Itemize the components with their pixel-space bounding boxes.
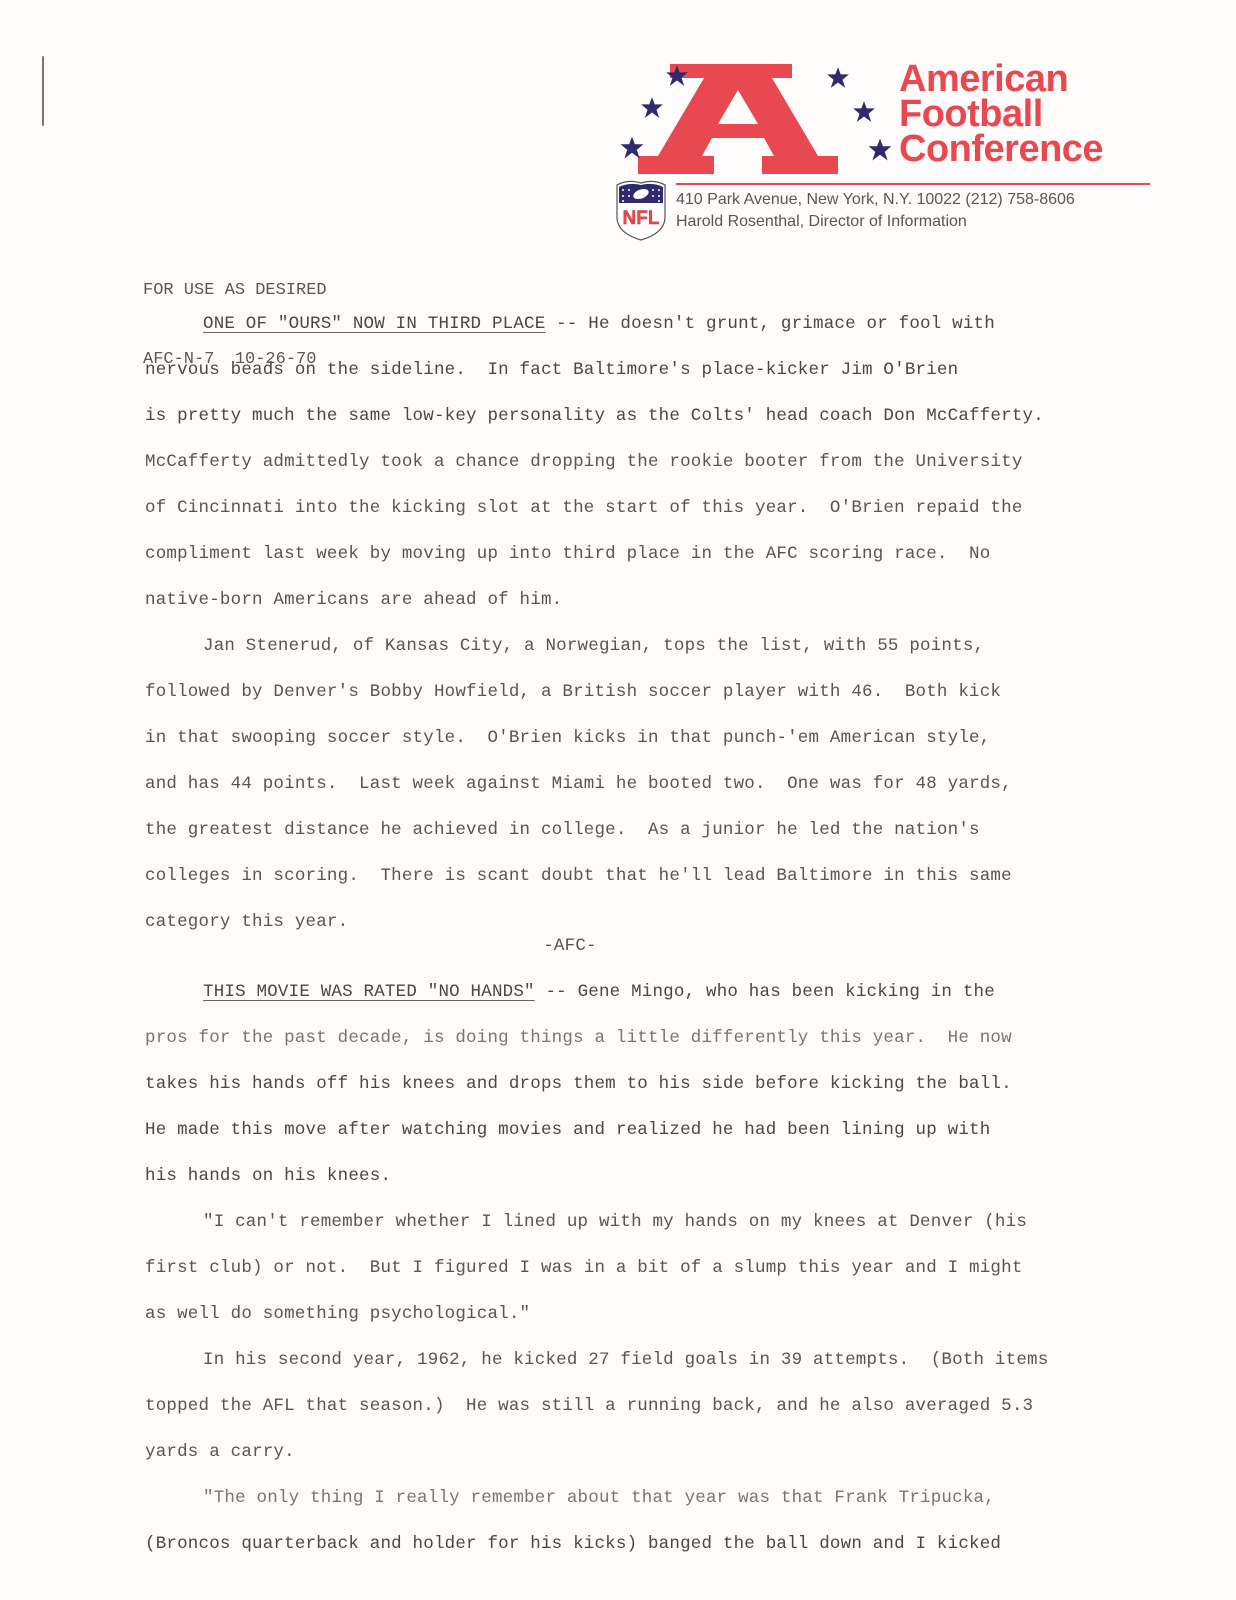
story-two: THIS MOVIE WAS RATED "NO HANDS" -- Gene …: [145, 979, 1125, 1577]
contact-line: Harold Rosenthal, Director of Informatio…: [676, 211, 1075, 233]
text-line: In his second year, 1962, he kicked 27 f…: [145, 1347, 1125, 1393]
text-line: McCafferty admittedly took a chance drop…: [145, 449, 1125, 495]
text-line: in that swooping soccer style. O'Brien k…: [145, 725, 1125, 771]
afc-star-a-logo-icon: [612, 56, 902, 186]
text-line: first club) or not. But I figured I was …: [145, 1255, 1125, 1301]
org-name-line-1: American: [899, 62, 1103, 97]
press-release-body: ONE OF "OURS" NOW IN THIRD PLACE -- He d…: [145, 311, 1125, 1577]
text-line: is pretty much the same low-key personal…: [145, 403, 1125, 449]
margin-pen-mark: [42, 56, 44, 126]
org-name-line-2: Football: [899, 97, 1103, 132]
text-line: followed by Denver's Bobby Howfield, a B…: [145, 679, 1125, 725]
org-name-line-3: Conference: [899, 132, 1103, 167]
svg-text:NFL: NFL: [623, 208, 660, 229]
address-line: 410 Park Avenue, New York, N.Y. 10022 (2…: [676, 189, 1075, 211]
section-separator: -AFC-: [145, 933, 1125, 979]
story-two-lead-line: THIS MOVIE WAS RATED "NO HANDS" -- Gene …: [145, 979, 1125, 1025]
text-line: yards a carry.: [145, 1439, 1125, 1485]
text-line: Jan Stenerud, of Kansas City, a Norwegia…: [145, 633, 1125, 679]
text-line: "The only thing I really remember about …: [145, 1485, 1125, 1531]
story-one: ONE OF "OURS" NOW IN THIRD PLACE -- He d…: [145, 311, 1125, 933]
text-line: topped the AFL that season.) He was stil…: [145, 1393, 1125, 1439]
release-usage: FOR USE AS DESIRED: [143, 279, 327, 302]
text-line: the greatest distance he achieved in col…: [145, 817, 1125, 863]
text-line: native-born Americans are ahead of him.: [145, 587, 1125, 633]
story-one-lead-line: ONE OF "OURS" NOW IN THIRD PLACE -- He d…: [145, 311, 1125, 357]
letterhead-contact: 410 Park Avenue, New York, N.Y. 10022 (2…: [676, 189, 1075, 233]
text-line: -- Gene Mingo, who has been kicking in t…: [535, 982, 995, 1002]
text-line: of Cincinnati into the kicking slot at t…: [145, 495, 1125, 541]
text-line: pros for the past decade, is doing thing…: [145, 1025, 1125, 1071]
text-line: He made this move after watching movies …: [145, 1117, 1125, 1163]
story-one-headline: ONE OF "OURS" NOW IN THIRD PLACE: [203, 314, 545, 334]
organization-name: American Football Conference: [899, 62, 1103, 167]
text-line: nervous beads on the sideline. In fact B…: [145, 357, 1125, 403]
text-line: his hands on his knees.: [145, 1163, 1125, 1209]
text-line: -- He doesn't grunt, grimace or fool wit…: [545, 314, 994, 334]
text-line: colleges in scoring. There is scant doub…: [145, 863, 1125, 909]
story-two-headline: THIS MOVIE WAS RATED "NO HANDS": [203, 982, 535, 1002]
text-line: and has 44 points. Last week against Mia…: [145, 771, 1125, 817]
text-line: takes his hands off his knees and drops …: [145, 1071, 1125, 1117]
text-line: compliment last week by moving up into t…: [145, 541, 1125, 587]
letterhead: American Football Conference NFL 410 Par…: [612, 56, 1152, 246]
text-line: (Broncos quarterback and holder for his …: [145, 1531, 1125, 1577]
letterhead-rule: [676, 183, 1150, 185]
text-line: "I can't remember whether I lined up wit…: [145, 1209, 1125, 1255]
nfl-shield-icon: NFL: [614, 177, 668, 241]
text-line: as well do something psychological.": [145, 1301, 1125, 1347]
text-line: category this year.: [145, 909, 1125, 933]
